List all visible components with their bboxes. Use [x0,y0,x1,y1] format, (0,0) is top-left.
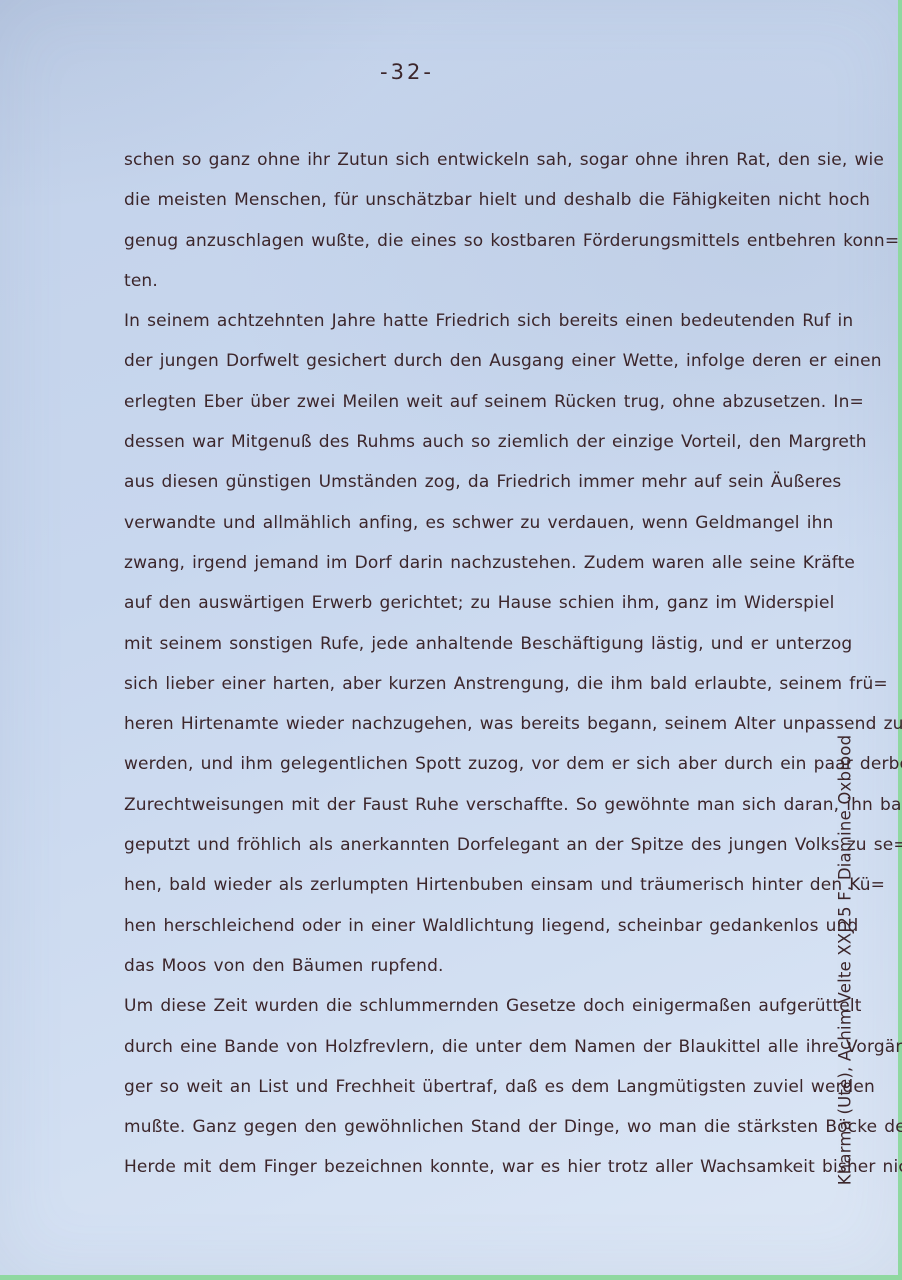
text-line: geputzt und fröhlich als anerkannten Dor… [124,825,792,865]
text-line: erlegten Eber über zwei Meilen weit auf … [124,382,792,422]
text-line: auf den auswärtigen Erwerb gerichtet; zu… [124,583,792,623]
text-line: schen so ganz ohne ihr Zutun sich entwic… [124,140,792,180]
text-line: sich lieber einer harten, aber kurzen An… [124,664,792,704]
text-line: werden, und ihm gelegentlichen Spott zuz… [124,744,792,784]
text-line: aus diesen günstigen Umständen zog, da F… [124,462,792,502]
text-line: dessen war Mitgenuß des Ruhms auch so zi… [124,422,792,462]
text-line: ten. [124,261,792,301]
text-line: das Moos von den Bäumen rupfend. [124,946,792,986]
pen-ink-annotation: Kharma (Ute), Achim Velte XXJ25 F, Diami… [836,735,855,1186]
text-line: heren Hirtenamte wieder nachzugehen, was… [124,704,792,744]
page-photo: -32- schen so ganz ohne ihr Zutun sich e… [0,0,902,1280]
text-line: der jungen Dorfwelt gesichert durch den … [124,341,792,381]
text-line: genug anzuschlagen wußte, die eines so k… [124,221,792,261]
handwritten-text-block: schen so ganz ohne ihr Zutun sich entwic… [124,140,792,1188]
paper-sheet: -32- schen so ganz ohne ihr Zutun sich e… [0,0,898,1275]
text-line: die meisten Menschen, für unschätzbar hi… [124,180,792,220]
page-number: -32- [352,60,462,84]
text-line: verwandte und allmählich anfing, es schw… [124,503,792,543]
text-line: hen, bald wieder als zerlumpten Hirtenbu… [124,865,792,905]
text-line: mit seinem sonstigen Rufe, jede anhalten… [124,624,792,664]
text-line: durch eine Bande von Holzfrevlern, die u… [124,1027,792,1067]
text-line: In seinem achtzehnten Jahre hatte Friedr… [124,301,792,341]
text-line: Herde mit dem Finger bezeichnen konnte, … [124,1147,792,1187]
text-line: zwang, irgend jemand im Dorf darin nachz… [124,543,792,583]
text-line: Um diese Zeit wurden die schlummernden G… [124,986,792,1026]
text-line: Zurechtweisungen mit der Faust Ruhe vers… [124,785,792,825]
text-line: mußte. Ganz gegen den gewöhnlichen Stand… [124,1107,792,1147]
text-line: hen herschleichend oder in einer Waldlic… [124,906,792,946]
text-line: ger so weit an List und Frechheit übertr… [124,1067,792,1107]
